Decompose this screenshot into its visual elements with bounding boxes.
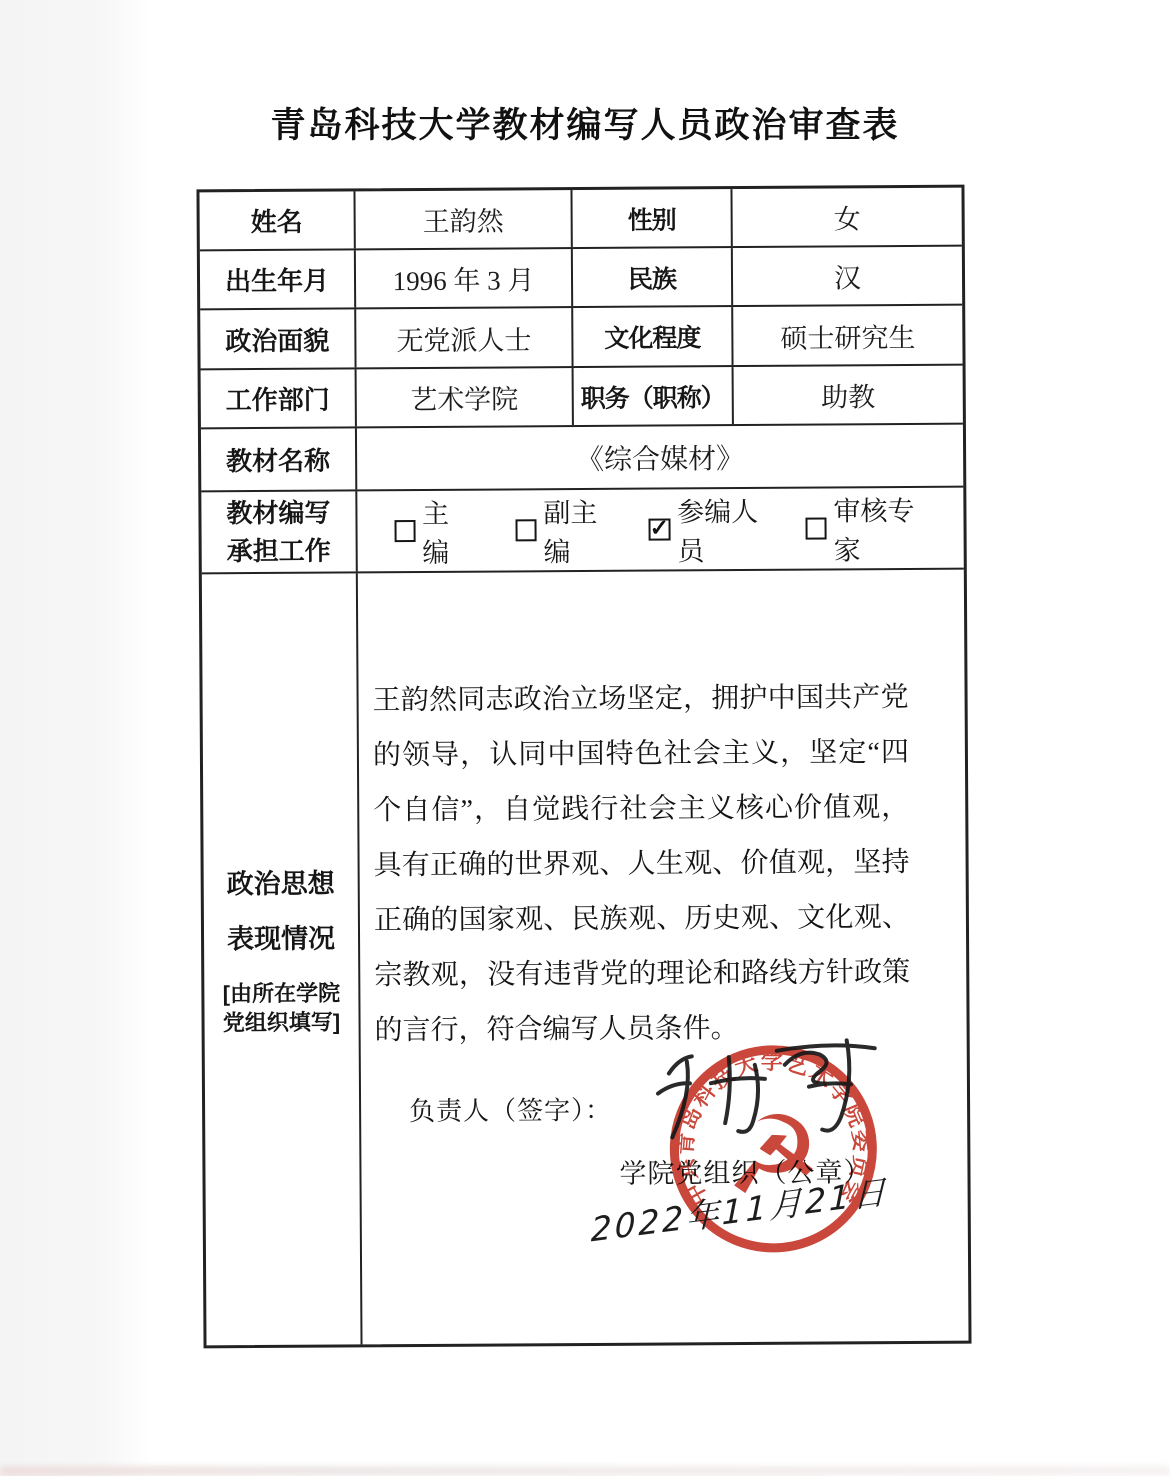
- political-review-content: 王韵然同志政治立场坚定，拥护中国共产党的领导，认同中国特色社会主义，坚定“四个自…: [358, 570, 969, 1345]
- textbook-name-label: 教材名称: [201, 428, 357, 490]
- department-value: 艺术学院: [357, 368, 574, 426]
- role-label-line2: 承担工作: [227, 532, 331, 571]
- education-value: 硕士研究生: [733, 306, 962, 365]
- birthdate-value: 1996 年 3 月: [356, 249, 573, 307]
- table-row-politics-education: 政治面貌 无党派人士 文化程度 硕士研究生: [200, 306, 962, 371]
- role-label-line1: 教材编写: [226, 494, 330, 533]
- textbook-name-value: 《综合媒材》: [357, 425, 963, 490]
- birthdate-label: 出生年月: [200, 250, 356, 308]
- role-option-contributor[interactable]: 参编人员: [648, 490, 776, 569]
- role-option-deputy-editor[interactable]: 副主编: [516, 491, 619, 570]
- political-review-label-line2: 表现情况: [227, 925, 335, 953]
- checkbox-icon[interactable]: [806, 518, 827, 540]
- position-value: 助教: [734, 366, 963, 424]
- note-line2: 党组织填写]: [223, 1007, 341, 1037]
- role-option-chief-editor[interactable]: 主编: [394, 492, 472, 570]
- signature-handwriting: [649, 1032, 890, 1148]
- political-review-note: [由所在学院 党组织填写]: [223, 978, 341, 1037]
- review-form-table: 姓名 王韵然 性别 女 出生年月 1996 年 3 月 民族 汉 政治面貌 无党…: [196, 185, 971, 1349]
- gender-label: 性别: [572, 189, 732, 247]
- ethnicity-value: 汉: [733, 247, 962, 305]
- scan-edge-shading: [0, 0, 150, 1476]
- name-label: 姓名: [199, 191, 355, 249]
- political-review-label-line1: 政治思想: [227, 870, 335, 898]
- scanned-document-page: { "page": { "title": "青岛科技大学教材编写人员政治审查表"…: [0, 0, 1170, 1476]
- checked-checkbox-icon[interactable]: [648, 518, 670, 540]
- role-label: 教材编写 承担工作: [201, 491, 357, 572]
- table-row-name-gender: 姓名 王韵然 性别 女: [199, 188, 961, 252]
- table-row-textbook-name: 教材名称 《综合媒材》: [201, 425, 963, 493]
- role-option-label: 主编: [422, 492, 472, 570]
- political-status-value: 无党派人士: [356, 308, 573, 367]
- department-label: 工作部门: [201, 369, 357, 427]
- position-label: 职务（职称）: [574, 367, 734, 425]
- role-option-review-expert[interactable]: 审核专家: [806, 489, 934, 568]
- role-option-label: 审核专家: [833, 489, 933, 568]
- scan-edge-bottom: [0, 1466, 1170, 1476]
- political-status-label: 政治面貌: [200, 309, 356, 368]
- role-option-label: 参编人员: [677, 490, 776, 569]
- document-title: 青岛科技大学教材编写人员政治审查表: [0, 98, 1170, 148]
- note-line1: [由所在学院: [223, 978, 341, 1008]
- table-row-role: 教材编写 承担工作 主编 副主编 参编人员 审核专家: [201, 488, 963, 575]
- name-value: 王韵然: [355, 190, 572, 248]
- signer-label: 负责人（签字）：: [409, 1090, 612, 1128]
- checkbox-icon[interactable]: [394, 520, 415, 542]
- table-row-political-review: 政治思想 表现情况 [由所在学院 党组织填写] 王韵然同志政治立场坚定，拥护中国…: [202, 570, 969, 1346]
- ethnicity-label: 民族: [573, 248, 733, 306]
- table-row-birth-ethnic: 出生年月 1996 年 3 月 民族 汉: [200, 247, 962, 311]
- table-row-department-title: 工作部门 艺术学院 职务（职称） 助教: [201, 366, 963, 430]
- political-review-label: 政治思想 表现情况 [由所在学院 党组织填写]: [202, 573, 363, 1345]
- education-label: 文化程度: [573, 307, 733, 366]
- role-option-label: 副主编: [543, 491, 618, 569]
- gender-value: 女: [732, 188, 961, 246]
- checkbox-icon[interactable]: [516, 519, 537, 541]
- role-options: 主编 副主编 参编人员 审核专家: [357, 488, 963, 572]
- political-statement: 王韵然同志政治立场坚定，拥护中国共产党的领导，认同中国特色社会主义，坚定“四个自…: [372, 670, 910, 1058]
